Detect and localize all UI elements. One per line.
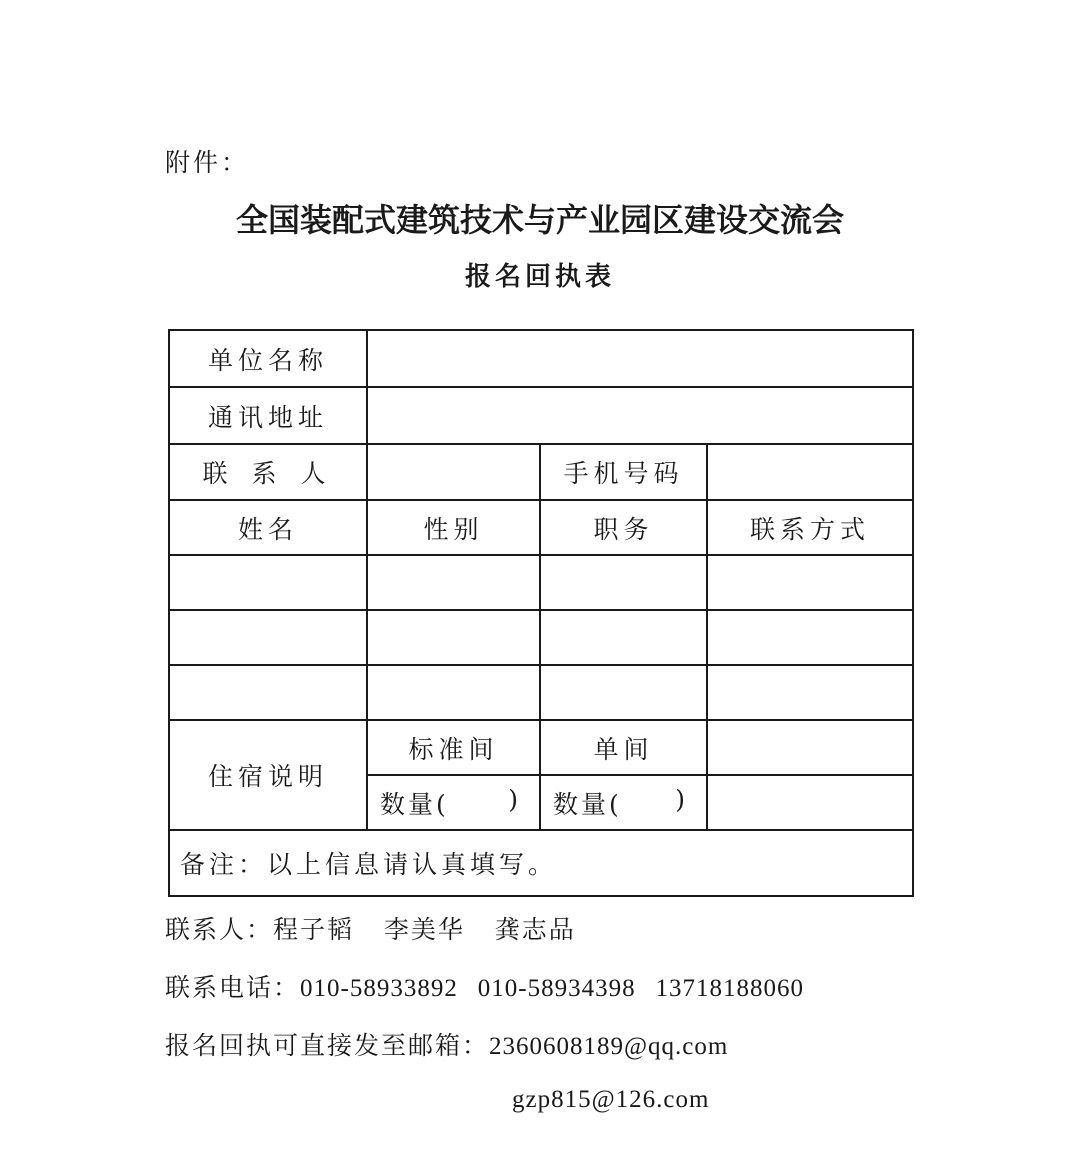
lodging-extra-field-2[interactable] <box>707 775 913 830</box>
attendee-gender-field[interactable] <box>367 665 540 720</box>
remarks-text: 备注：以上信息请认真填写。 <box>169 830 913 896</box>
contact-name: 李美华 <box>384 915 465 944</box>
remarks-row: 备注：以上信息请认真填写。 <box>169 830 913 896</box>
contact-row: 联 系 人 手机号码 <box>169 444 913 500</box>
attendee-contact-field[interactable] <box>707 555 913 610</box>
attendee-name-field[interactable] <box>169 555 367 610</box>
contact-name: 程子韬 <box>273 915 354 944</box>
mobile-label: 手机号码 <box>540 444 707 500</box>
attendee-position-field[interactable] <box>540 610 707 665</box>
address-row: 通讯地址 <box>169 387 913 444</box>
phone-number: 010-58934398 <box>478 975 636 1002</box>
header-gender: 性别 <box>367 500 540 555</box>
attendee-contact-field[interactable] <box>707 610 913 665</box>
attendee-header-row: 姓名 性别 职务 联系方式 <box>169 500 913 555</box>
lodging-label: 住宿说明 <box>169 720 367 830</box>
attendee-position-field[interactable] <box>540 665 707 720</box>
contact-name: 龚志品 <box>495 915 576 944</box>
email-line: 报名回执可直接发至邮箱：2360608189@qq.com <box>165 1026 728 1062</box>
address-field[interactable] <box>367 387 913 444</box>
attendee-row <box>169 555 913 610</box>
quantity-close-paren: ) <box>508 785 521 821</box>
contact-person-label: 联 系 人 <box>169 444 367 500</box>
attendee-name-field[interactable] <box>169 665 367 720</box>
attendee-name-field[interactable] <box>169 610 367 665</box>
quantity-close-paren: ) <box>675 785 688 821</box>
standard-room-quantity[interactable]: 数量( ) <box>367 775 540 830</box>
single-room-quantity[interactable]: 数量( ) <box>540 775 707 830</box>
unit-name-field[interactable] <box>367 330 913 387</box>
phone-number: 010-58933892 <box>300 975 458 1002</box>
quantity-label: 数量( <box>553 785 622 821</box>
attendee-gender-field[interactable] <box>367 555 540 610</box>
address-label: 通讯地址 <box>169 387 367 444</box>
phone-label: 联系电话： <box>165 973 300 1002</box>
contacts-line: 联系人：程子韬 李美华 龚志品 <box>165 910 576 946</box>
attendee-contact-field[interactable] <box>707 665 913 720</box>
document-subtitle: 报名回执表 <box>0 256 1080 293</box>
single-room-label: 单间 <box>540 720 707 775</box>
header-contact-method: 联系方式 <box>707 500 913 555</box>
attendee-row <box>169 665 913 720</box>
document-title: 全国装配式建筑技术与产业园区建设交流会 <box>0 195 1080 241</box>
attachment-label: 附件： <box>165 143 249 179</box>
phones-line: 联系电话：010-58933892 010-58934398 137181880… <box>165 968 804 1004</box>
quantity-label: 数量( <box>380 785 449 821</box>
attendee-position-field[interactable] <box>540 555 707 610</box>
email-address-2[interactable]: gzp815@126.com <box>512 1086 709 1114</box>
attendee-row <box>169 610 913 665</box>
unit-name-label: 单位名称 <box>169 330 367 387</box>
contact-person-field[interactable] <box>367 444 540 500</box>
standard-room-label: 标准间 <box>367 720 540 775</box>
email-address[interactable]: 2360608189@qq.com <box>489 1033 728 1060</box>
phone-number: 13718188060 <box>655 975 804 1002</box>
mobile-field[interactable] <box>707 444 913 500</box>
email-label: 报名回执可直接发至邮箱： <box>165 1031 489 1060</box>
header-name: 姓名 <box>169 500 367 555</box>
attendee-gender-field[interactable] <box>367 610 540 665</box>
header-position: 职务 <box>540 500 707 555</box>
registration-form-table: 单位名称 通讯地址 联 系 人 手机号码 姓名 性别 职务 联系方式 住宿说明 … <box>168 329 914 897</box>
lodging-extra-field-1[interactable] <box>707 720 913 775</box>
contacts-label: 联系人： <box>165 915 273 944</box>
lodging-row-1: 住宿说明 标准间 单间 <box>169 720 913 775</box>
unit-name-row: 单位名称 <box>169 330 913 387</box>
